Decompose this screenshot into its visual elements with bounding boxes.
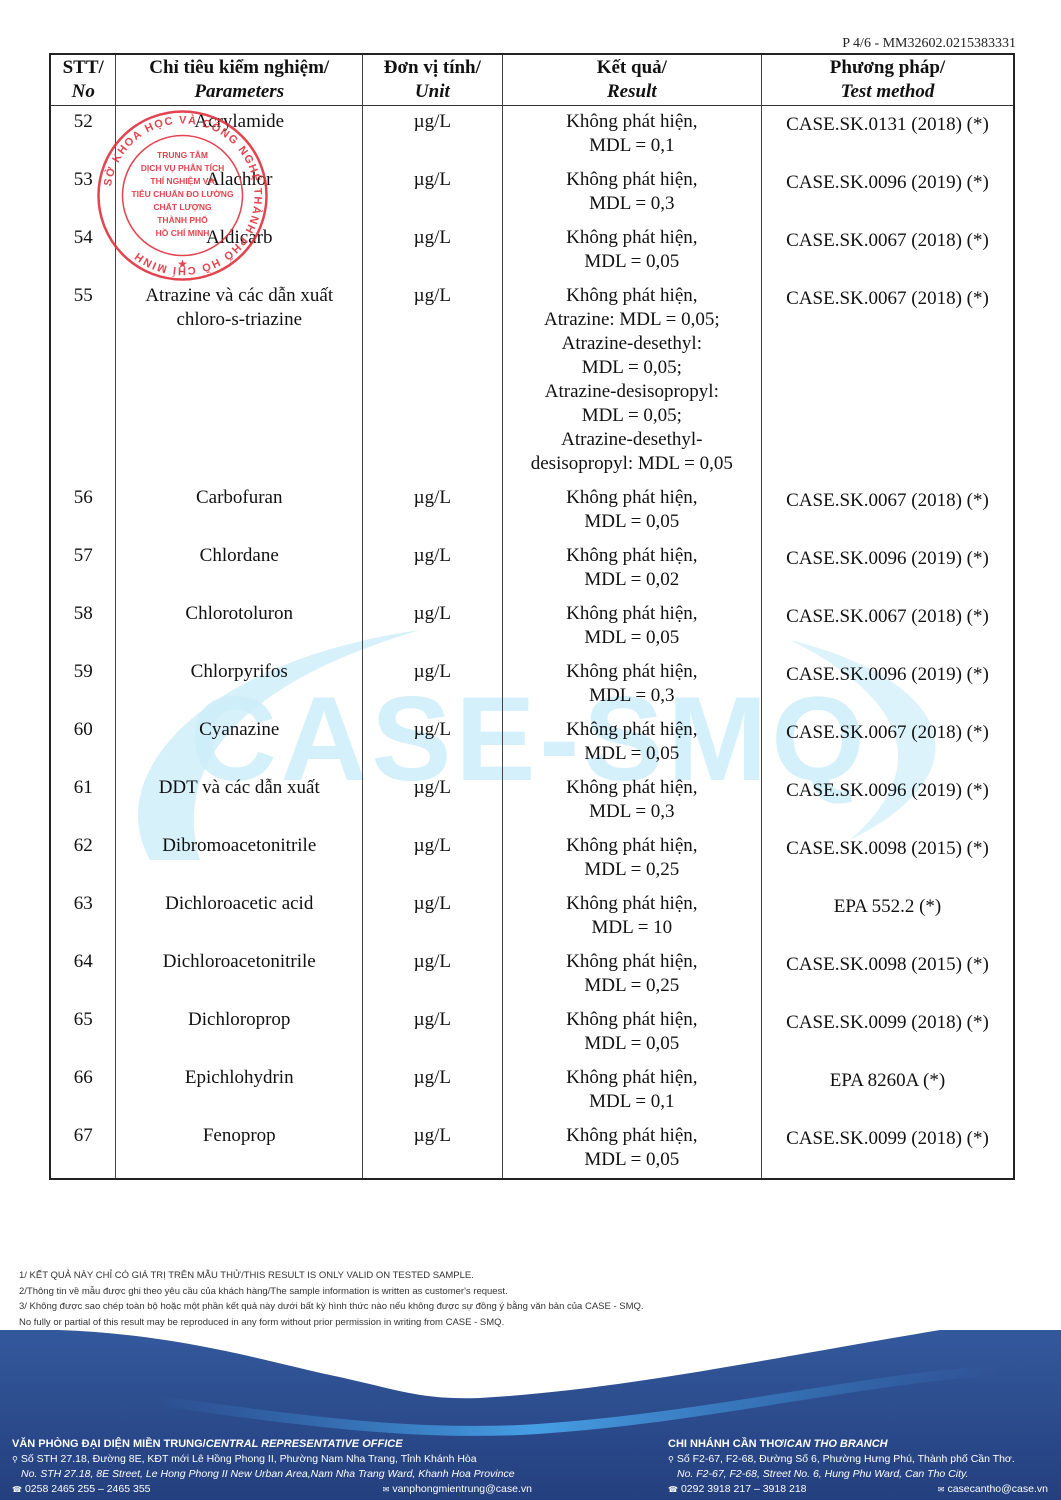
cell-test-method: CASE.SK.0096 (2019) (*) [762,164,1015,222]
cell-result: Không phát hiện,MDL = 0,05 [502,1004,761,1062]
cell-result: Không phát hiện,MDL = 0,02 [502,540,761,598]
cell-unit: µg/L [363,830,503,888]
cantho-branch-email[interactable]: ✉casecantho@case.vn [938,1482,1048,1498]
cell-parameter: Cyanazine [116,714,363,772]
cell-unit: µg/L [363,540,503,598]
phone-icon: ☎ [12,1483,22,1498]
cell-unit: µg/L [363,1062,503,1120]
cell-result: Không phát hiện,MDL = 0,25 [502,946,761,1004]
cell-no: 65 [50,1004,116,1062]
table-row: 55Atrazine và các dẫn xuấtchloro-s-triaz… [50,280,1014,482]
cell-parameter: Epichlohydrin [116,1062,363,1120]
cell-no: 60 [50,714,116,772]
cell-no: 53 [50,164,116,222]
cell-unit: µg/L [363,106,503,165]
cell-parameter: Chlordane [116,540,363,598]
note-4: No fully or partial of this result may b… [19,1315,644,1331]
cell-result: Không phát hiện,MDL = 0,1 [502,106,761,165]
cell-unit: µg/L [363,656,503,714]
table-row: 64Dichloroacetonitrileµg/LKhông phát hiệ… [50,946,1014,1004]
table-row: 59Chlorpyrifosµg/LKhông phát hiện,MDL = … [50,656,1014,714]
cantho-branch-title: CHI NHÁNH CẦN THƠ/CAN THO BRANCH [668,1437,1048,1452]
table-header-row: STT/No Chỉ tiêu kiểm nghiệm/Parameters Đ… [50,54,1014,106]
cell-parameter: Atrazine và các dẫn xuấtchloro-s-triazin… [116,280,363,482]
cell-no: 57 [50,540,116,598]
cell-result: Không phát hiện,MDL = 0,25 [502,830,761,888]
note-3: 3/ Không được sao chép toàn bộ hoặc một … [19,1299,644,1315]
cell-unit: µg/L [363,1004,503,1062]
header-result: Kết quả/Result [502,54,761,106]
central-office-email[interactable]: ✉vanphongmientrung@case.vn [383,1482,532,1498]
cell-unit: µg/L [363,888,503,946]
cell-parameter: Acrylamide [116,106,363,165]
cell-no: 64 [50,946,116,1004]
cell-parameter: Dichloroacetonitrile [116,946,363,1004]
table-row: 53Alachlorµg/LKhông phát hiện,MDL = 0,3C… [50,164,1014,222]
table-row: 60Cyanazineµg/LKhông phát hiện,MDL = 0,0… [50,714,1014,772]
cell-unit: µg/L [363,482,503,540]
cell-result: Không phát hiện,MDL = 0,3 [502,656,761,714]
footer-central-office: VĂN PHÒNG ĐẠI DIỆN MIỀN TRUNG/CENTRAL RE… [12,1437,532,1497]
cell-test-method: CASE.SK.0096 (2019) (*) [762,540,1015,598]
cell-result: Không phát hiện,MDL = 10 [502,888,761,946]
disclaimer-notes: 1/ KẾT QUẢ NÀY CHỈ CÓ GIÁ TRỊ TRÊN MẪU T… [19,1268,644,1330]
note-2: 2/Thông tin về mẫu được ghi theo yêu cầu… [19,1284,644,1300]
cell-no: 62 [50,830,116,888]
central-office-address-vn: ⚲Số STH 27.18, Đường 8E, KĐT mới Lê Hồng… [12,1452,532,1468]
cell-unit: µg/L [363,1120,503,1179]
location-pin-icon: ⚲ [12,1453,18,1468]
header-unit: Đơn vị tính/Unit [363,54,503,106]
email-icon: ✉ [383,1483,390,1498]
cell-test-method: CASE.SK.0099 (2018) (*) [762,1004,1015,1062]
cell-result: Không phát hiện,MDL = 0,05 [502,482,761,540]
cell-result: Không phát hiện,MDL = 0,05 [502,1120,761,1179]
cell-unit: µg/L [363,772,503,830]
table-row: 52Acrylamideµg/LKhông phát hiện,MDL = 0,… [50,106,1014,165]
cell-parameter: Dichloroprop [116,1004,363,1062]
central-office-address-en: No. STH 27.18, 8E Street, Le Hong Phong … [12,1467,532,1482]
cell-no: 59 [50,656,116,714]
cantho-branch-address-en: No. F2-67, F2-68, Street No. 6, Hung Phu… [668,1467,1048,1482]
cell-result: Không phát hiện,MDL = 0,05 [502,714,761,772]
cell-test-method: CASE.SK.0067 (2018) (*) [762,280,1015,482]
cell-test-method: CASE.SK.0098 (2015) (*) [762,830,1015,888]
table-row: 65Dichloropropµg/LKhông phát hiện,MDL = … [50,1004,1014,1062]
cell-no: 61 [50,772,116,830]
table-row: 62Dibromoacetonitrileµg/LKhông phát hiện… [50,830,1014,888]
email-icon: ✉ [938,1483,945,1498]
cell-parameter: DDT và các dẫn xuất [116,772,363,830]
cell-unit: µg/L [363,714,503,772]
cell-parameter: Dibromoacetonitrile [116,830,363,888]
table-row: 66Epichlohydrinµg/LKhông phát hiện,MDL =… [50,1062,1014,1120]
cell-result: Không phát hiện,MDL = 0,05 [502,222,761,280]
cell-no: 58 [50,598,116,656]
table-row: 54Aldicarbµg/LKhông phát hiện,MDL = 0,05… [50,222,1014,280]
cell-parameter: Carbofuran [116,482,363,540]
cell-test-method: CASE.SK.0098 (2015) (*) [762,946,1015,1004]
cantho-branch-phone: ☎0292 3918 217 – 3918 218 [668,1482,807,1498]
cell-test-method: CASE.SK.0131 (2018) (*) [762,106,1015,165]
cell-result: Không phát hiện,Atrazine: MDL = 0,05;Atr… [502,280,761,482]
header-no: STT/No [50,54,116,106]
location-pin-icon: ⚲ [668,1453,674,1468]
cell-result: Không phát hiện,MDL = 0,3 [502,772,761,830]
cell-unit: µg/L [363,280,503,482]
results-table: STT/No Chỉ tiêu kiểm nghiệm/Parameters Đ… [49,53,1015,1180]
table-row: 61DDT và các dẫn xuấtµg/LKhông phát hiện… [50,772,1014,830]
central-office-title: VĂN PHÒNG ĐẠI DIỆN MIỀN TRUNG/CENTRAL RE… [12,1437,532,1452]
cell-parameter: Fenoprop [116,1120,363,1179]
cell-test-method: CASE.SK.0067 (2018) (*) [762,598,1015,656]
cell-parameter: Chlorotoluron [116,598,363,656]
cell-result: Không phát hiện,MDL = 0,05 [502,598,761,656]
cell-test-method: CASE.SK.0067 (2018) (*) [762,222,1015,280]
cell-test-method: CASE.SK.0067 (2018) (*) [762,714,1015,772]
cell-no: 55 [50,280,116,482]
cell-parameter: Chlorpyrifos [116,656,363,714]
central-office-phone: ☎0258 2465 255 – 2465 355 [12,1482,151,1498]
cell-result: Không phát hiện,MDL = 0,1 [502,1062,761,1120]
cell-no: 54 [50,222,116,280]
table-row: 58Chlorotoluronµg/LKhông phát hiện,MDL =… [50,598,1014,656]
cell-no: 66 [50,1062,116,1120]
cell-parameter: Alachlor [116,164,363,222]
cell-no: 67 [50,1120,116,1179]
footer-cantho-branch: CHI NHÁNH CẦN THƠ/CAN THO BRANCH ⚲Số F2-… [668,1437,1048,1497]
cell-no: 63 [50,888,116,946]
phone-icon: ☎ [668,1483,678,1498]
cell-unit: µg/L [363,164,503,222]
table-row: 56Carbofuranµg/LKhông phát hiện,MDL = 0,… [50,482,1014,540]
cell-test-method: CASE.SK.0096 (2019) (*) [762,772,1015,830]
cantho-branch-address-vn: ⚲Số F2-67, F2-68, Đường Số 6, Phường Hưn… [668,1452,1048,1468]
cell-no: 56 [50,482,116,540]
cell-parameter: Aldicarb [116,222,363,280]
cell-unit: µg/L [363,598,503,656]
cell-parameter: Dichloroacetic acid [116,888,363,946]
table-row: 57Chlordaneµg/LKhông phát hiện,MDL = 0,0… [50,540,1014,598]
header-parameters: Chỉ tiêu kiểm nghiệm/Parameters [116,54,363,106]
page-reference: P 4/6 - MM32602.0215383331 [842,36,1016,52]
header-test-method: Phương pháp/Test method [762,54,1015,106]
cell-unit: µg/L [363,222,503,280]
table-row: 63Dichloroacetic acidµg/LKhông phát hiện… [50,888,1014,946]
cell-test-method: CASE.SK.0067 (2018) (*) [762,482,1015,540]
cell-test-method: EPA 8260A (*) [762,1062,1015,1120]
cell-test-method: CASE.SK.0096 (2019) (*) [762,656,1015,714]
cell-unit: µg/L [363,946,503,1004]
cell-test-method: EPA 552.2 (*) [762,888,1015,946]
table-row: 67Fenopropµg/LKhông phát hiện,MDL = 0,05… [50,1120,1014,1179]
note-1: 1/ KẾT QUẢ NÀY CHỈ CÓ GIÁ TRỊ TRÊN MẪU T… [19,1268,644,1284]
cell-no: 52 [50,106,116,165]
cell-test-method: CASE.SK.0099 (2018) (*) [762,1120,1015,1179]
cell-result: Không phát hiện,MDL = 0,3 [502,164,761,222]
